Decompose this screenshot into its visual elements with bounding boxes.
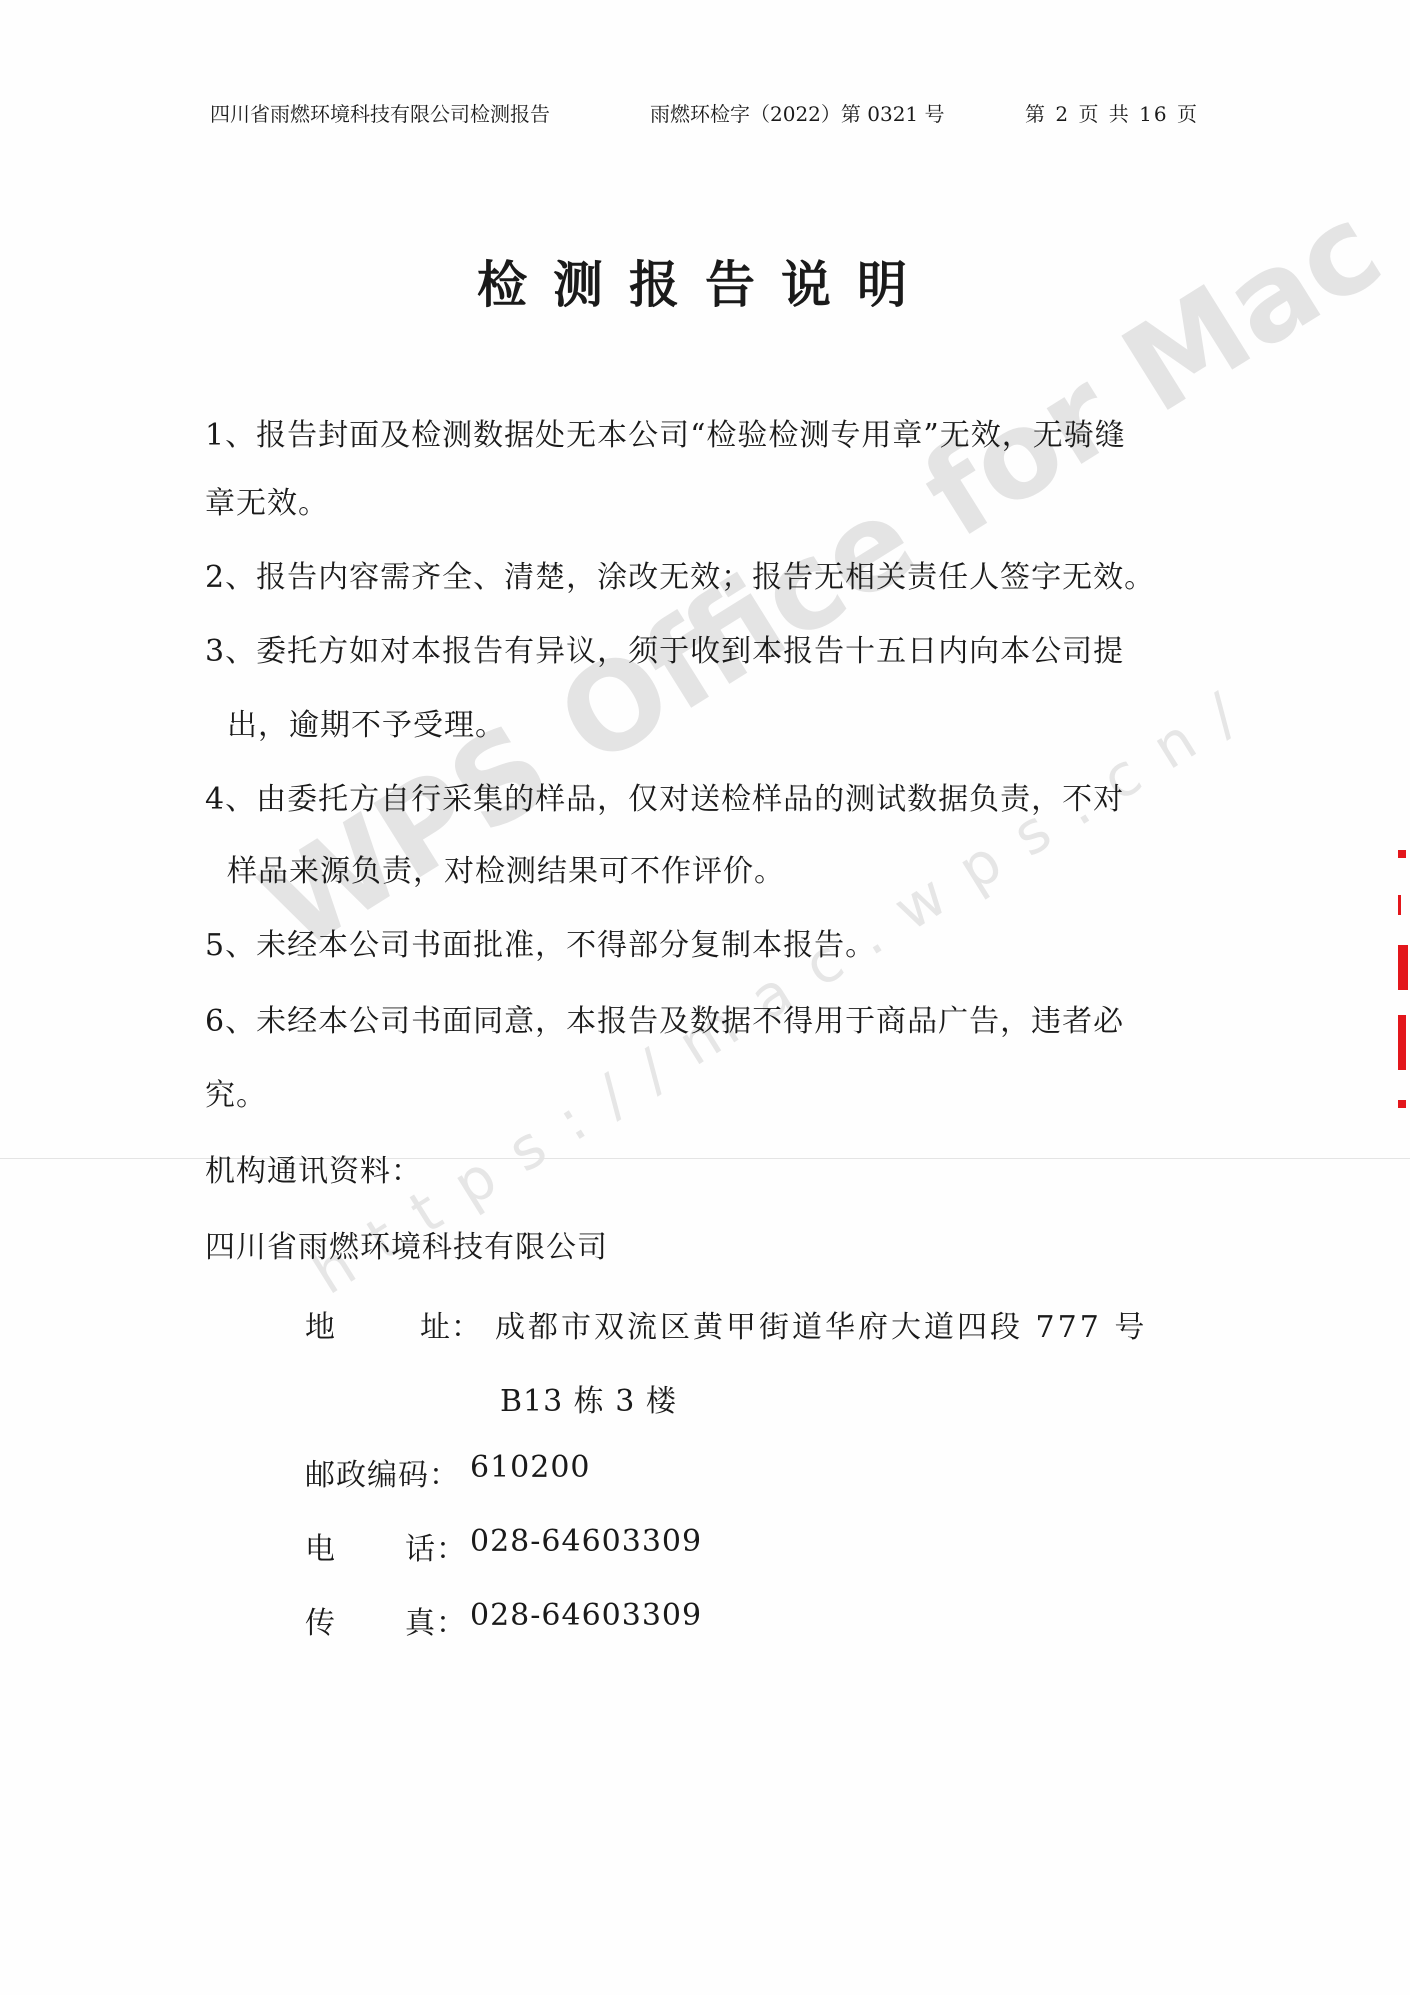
address-line-1: 成都市双流区黄甲街道华府大道四段 777 号 <box>495 1302 1147 1346</box>
contact-heading: 机构通讯资料： <box>205 1146 422 1190</box>
watermark-url: https://mac.wps.cn/ <box>300 665 1272 1307</box>
address-line-2: B13 栋 3 楼 <box>500 1376 677 1420</box>
term-2-line-1: 2、报告内容需齐全、清楚，涂改无效；报告无相关责任人签字无效。 <box>205 552 1155 596</box>
address-label-2: 址： <box>420 1302 482 1346</box>
fax-label-1: 传 <box>305 1598 336 1642</box>
perforation-seal-fragment <box>1398 840 1410 1110</box>
term-1-line-2: 章无效。 <box>205 478 329 522</box>
term-4-line-2: 样品来源负责，对检测结果可不作评价。 <box>227 846 785 890</box>
term-1-line-1: 1、报告封面及检测数据处无本公司“检验检测专用章”无效，无骑缝 <box>205 410 1126 454</box>
phone-label-1: 电 <box>305 1524 336 1568</box>
postcode-label: 邮政编码： <box>305 1450 460 1494</box>
term-4-line-1: 4、由委托方自行采集的样品，仅对送检样品的测试数据负责，不对 <box>205 774 1124 818</box>
header-page-indicator: 第 2 页 共 16 页 <box>1025 98 1199 127</box>
term-6-line-1: 6、未经本公司书面同意，本报告及数据不得用于商品广告，违者必 <box>205 996 1124 1040</box>
phone-value: 028-64603309 <box>470 1524 702 1559</box>
term-6-line-2: 究。 <box>205 1070 267 1114</box>
address-label-1: 地 <box>305 1302 336 1346</box>
contact-company: 四川省雨燃环境科技有限公司 <box>205 1222 608 1266</box>
header-company-report: 四川省雨燃环境科技有限公司检测报告 <box>210 98 550 127</box>
postcode-value: 610200 <box>470 1450 591 1485</box>
term-3-line-2: 出，逾期不予受理。 <box>227 700 506 744</box>
page-title: 检测报告说明 <box>0 245 1410 317</box>
fax-label-2: 真： <box>405 1598 467 1642</box>
header-report-number: 雨燃环检字（2022）第 0321 号 <box>650 98 945 127</box>
page-header: 四川省雨燃环境科技有限公司检测报告 雨燃环检字（2022）第 0321 号 第 … <box>210 98 1190 132</box>
phone-label-2: 话： <box>405 1524 467 1568</box>
fax-value: 028-64603309 <box>470 1598 702 1633</box>
term-3-line-1: 3、委托方如对本报告有异议，须于收到本报告十五日内向本公司提 <box>205 626 1124 670</box>
term-5-line-1: 5、未经本公司书面批准，不得部分复制本报告。 <box>205 920 876 964</box>
